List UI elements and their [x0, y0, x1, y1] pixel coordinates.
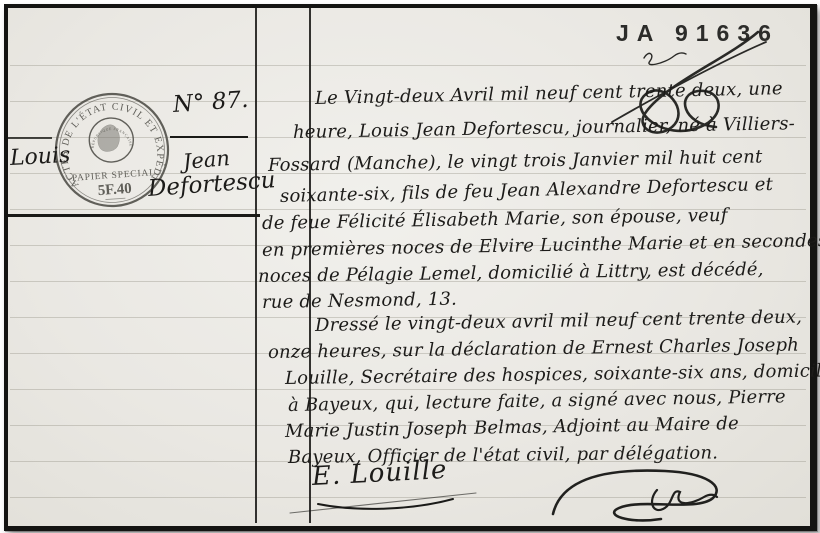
stamp-price: 5F.40: [97, 181, 132, 199]
margin-act-number: N° 87.: [172, 87, 249, 118]
act-text-line: rue de Nesmond, 13.: [262, 289, 457, 313]
official-signature-flourish: [545, 460, 735, 532]
margin-rule-line: [255, 8, 257, 523]
stamp-footer-mark: [105, 198, 125, 199]
act-number-underline: [170, 136, 248, 138]
document-scan: ACTES DE L'ÉTAT CIVIL ET EXPÉDITIONS RÉP…: [0, 0, 820, 533]
edge-name: Louis: [9, 143, 71, 171]
edge-rule-segment: [8, 137, 52, 139]
declarant-signature-underline: [288, 480, 483, 516]
margin-divider-line: [8, 214, 260, 217]
